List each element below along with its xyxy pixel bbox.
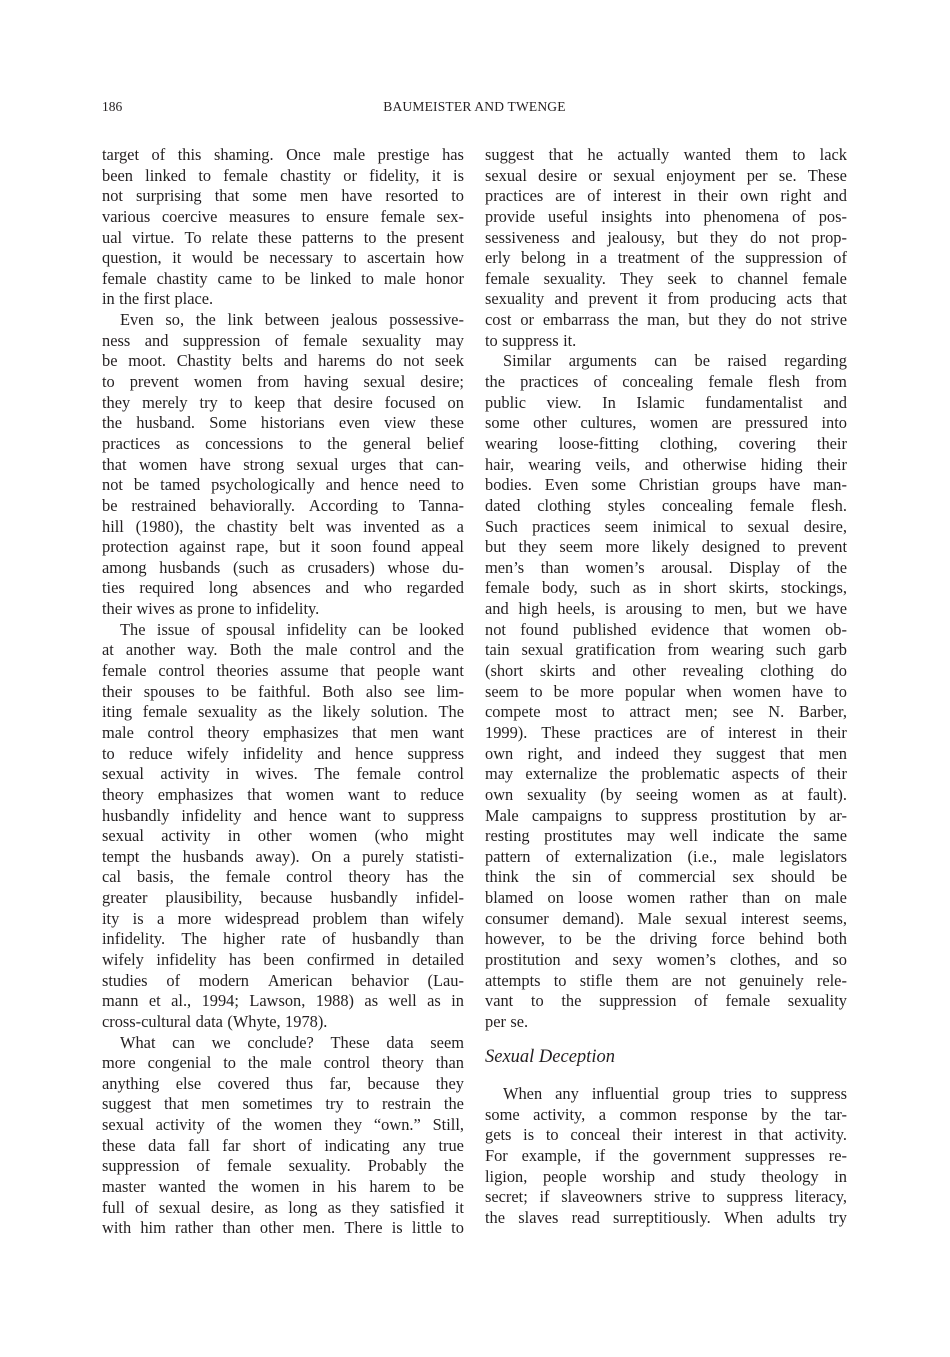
text-line: Suchpracticesseeminimicaltosexualdesire, [485,517,847,538]
text-line: mayexternalizetheproblematicaspectsofthe… [485,764,847,785]
text-line: theslavesreadsurreptitiously.Whenadultst… [485,1208,847,1229]
text-line: getsistoconcealtheirinterestinthatactivi… [485,1125,847,1146]
text-line: topreventwomenfromhavingsexualdesire; [102,372,464,393]
running-head: 186 BAUMEISTER AND TWENGE [102,99,847,117]
text-line: theirwivesaspronetoinfidelity. [102,599,464,620]
text-line: beenlinkedtofemalechastityorfidelity,iti… [102,166,464,187]
text-line: ownright,andindeedtheysuggestthatmen [485,744,847,765]
text-line: bemoot.Chastitybeltsandharemsdonotseek [102,351,464,372]
text-line: consumerdemand).Malesexualinterestseems, [485,909,847,930]
text-line: 1999).Thesepracticesareofinterestintheir [485,723,847,744]
right-column: suggestthatheactuallywantedthemtolacksex… [485,145,847,1229]
paragraph: Whenanyinfluentialgrouptriestosuppressso… [485,1084,847,1228]
text-line: wifelyinfidelityhasbeenconfirmedindetail… [102,950,464,971]
text-line: studiesofmodernAmericanbehavior(Lau- [102,971,464,992]
text-line: andhighheels,isarousingtomen,butwehave [485,599,847,620]
text-line: masterwantedthewomeninhisharemtobe [102,1177,464,1198]
text-line: withhimratherthanothermen.Thereislittlet… [102,1218,464,1239]
text-line: thinkthesinofcommercialsexshouldbe [485,867,847,888]
text-line: Malecampaignstosuppressprostitutionbyar- [485,806,847,827]
text-line: thesedatafallfarshortofindicatinganytrue [102,1136,464,1157]
text-line: toreducewifelyinfidelityandhencesuppress [102,744,464,765]
text-line: secret;ifslaveownersstrivetosuppresslite… [485,1187,847,1208]
text-line: sexualdesireorsexualenjoymentperse.These [485,166,847,187]
text-line: provideusefulinsightsintophenomenaofpos- [485,207,847,228]
text-line: tosuppressit. [485,331,847,352]
text-line: however,tobethedrivingforcebehindboth [485,929,847,950]
text-line: suggestthatheactuallywantedthemtolack [485,145,847,166]
text-line: sexualityandpreventitfromproducingactsth… [485,289,847,310]
text-line: amonghusbands(suchascrusaders)whosedu- [102,558,464,579]
text-line: morecongenialtothemalecontroltheorythan [102,1053,464,1074]
text-line: femalechastitycametobelinkedtomalehonor [102,269,464,290]
text-line: thepracticesofconcealingfemalefleshfrom [485,372,847,393]
text-line: mannetal.,1994;Lawson,1988)aswellasin [102,991,464,1012]
text-line: patternofexternalization(i.e.,malelegisl… [485,847,847,868]
text-line: erlybelonginatreatmentofthesuppressionof [485,248,847,269]
text-line: tainsexualgratificationfromwearingsuchga… [485,640,847,661]
text-line: husbandlyinfidelityandhencewanttosuppres… [102,806,464,827]
text-line: ownsexuality(byseeingwomenasatfault). [485,785,847,806]
text-line: tiesrequiredlongabsencesandwhoregarded [102,578,464,599]
text-line: Forexample,ifthegovernmentsuppressesre- [485,1146,847,1167]
text-line: prostitutionandsexywomen’sclothes,andso [485,950,847,971]
text-line: costorembarrasstheman,buttheydonotstrive [485,310,847,331]
text-line: perse. [485,1012,847,1033]
text-line: notsurprisingthatsomemenhaveresortedto [102,186,464,207]
text-line: practicesasconcessionstothegeneralbelief [102,434,464,455]
text-line: Evenso,thelinkbetweenjealouspossessive- [102,310,464,331]
text-line: attemptstostiflethemarenotgenuinelyrele- [485,971,847,992]
text-line: practicesareofinterestintheirownrightand [485,186,847,207]
text-line: sessivenessandjealousy,buttheydonotprop- [485,228,847,249]
text-line: malecontroltheoryemphasizesthatmenwant [102,723,464,744]
text-line: sexualactivityinotherwomen(whomight [102,826,464,847]
text-line: temptthehusbandsaway).Onapurelystatisti- [102,847,464,868]
paragraph: suggestthatheactuallywantedthemtolacksex… [485,145,847,351]
text-line: inthefirstplace. [102,289,464,310]
text-line: ityisamorewidespreadproblemthanwifely [102,909,464,930]
text-line: nessandsuppressionoffemalesexualitymay [102,331,464,352]
text-line: Theissueofspousalinfidelitycanbelooked [102,620,464,641]
text-line: theymerelytrytokeepthatdesirefocusedon [102,393,464,414]
text-line: suggestthatmensometimestrytorestrainthe [102,1094,464,1115]
text-line: vanttothesuppressionoffemalesexuality [485,991,847,1012]
text-line: restingprostitutesmaywellindicatethesame [485,826,847,847]
text-line: femalesexuality.Theyseektochannelfemale [485,269,847,290]
text-line: Whenanyinfluentialgrouptriestosuppress [485,1084,847,1105]
text-line: notbetamedpsychologicallyandhenceneedto [102,475,464,496]
text-line: sexualactivityinwives.Thefemalecontrol [102,764,464,785]
paragraph: Theissueofspousalinfidelitycanbelookedat… [102,620,464,1033]
text-line: men’sthanwomen’sarousal.Displayofthe [485,558,847,579]
text-line: buttheyseemmorelikelydesignedtoprevent [485,537,847,558]
text-line: theirspousestobefaithful.Bothalsoseelim- [102,682,464,703]
text-line: someactivity,acommonresponsebythetar- [485,1105,847,1126]
paragraph: Evenso,thelinkbetweenjealouspossessive-n… [102,310,464,620]
text-line: ligion,peopleworshipandstudytheologyin [485,1167,847,1188]
text-line: suppressionoffemalesexuality.Probablythe [102,1156,464,1177]
text-line: greaterplausibility,becausehusbandlyinfi… [102,888,464,909]
paragraph: Whatcanweconclude?Thesedataseemmoreconge… [102,1033,464,1239]
text-line: berestrainedbehaviorally.AccordingtoTann… [102,496,464,517]
text-line: question,itwouldbenecessarytoascertainho… [102,248,464,269]
paragraph: targetofthisshaming.Oncemaleprestigehasb… [102,145,464,310]
text-line: thehusband.Somehistoriansevenviewthese [102,413,464,434]
text-line: variouscoercivemeasurestoensurefemalesex… [102,207,464,228]
text-line: femalecontroltheoriesassumethatpeoplewan… [102,661,464,682]
text-line: fullofsexualdesire,aslongastheysatisfied… [102,1198,464,1219]
text-line: someothercultures,womenarepressuredinto [485,413,847,434]
text-line: (shortskirtsandotherrevealingclothingdo [485,661,847,682]
text-line: seemtobemorepopularwhenwomenhaveto [485,682,847,703]
text-line: hill(1980),thechastitybeltwasinventedasa [102,517,464,538]
text-line: notfoundpublishedevidencethatwomenob- [485,620,847,641]
text-line: targetofthisshaming.Oncemaleprestigehas [102,145,464,166]
text-line: competemosttoattractmen;seeN.Barber, [485,702,847,723]
paragraph: Similarargumentscanberaisedregardingthep… [485,351,847,1032]
text-line: datedclothingstylesconcealingfemaleflesh… [485,496,847,517]
text-line: thatwomenhavestrongsexualurgesthatcan- [102,455,464,476]
text-line: calbasis,thefemalecontroltheoryhasthe [102,867,464,888]
text-line: anythingelsecoveredthusfar,becausethey [102,1074,464,1095]
text-line: publicview.InIslamicfundamentalistand [485,393,847,414]
text-line: cross-culturaldata(Whyte,1978). [102,1012,464,1033]
text-line: ualvirtue.Torelatethesepatternstothepres… [102,228,464,249]
text-line: bodies.EvensomeChristiangroupshaveman- [485,475,847,496]
text-line: femalebody,suchasinshortskirts,stockings… [485,578,847,599]
text-line: protectionagainstrape,butitsoonfoundappe… [102,537,464,558]
text-line: wearingloose-fittingclothing,coveringthe… [485,434,847,455]
left-column: targetofthisshaming.Oncemaleprestigehasb… [102,145,464,1239]
text-line: atanotherway.Boththemalecontrolandthe [102,640,464,661]
text-line: Similarargumentscanberaisedregarding [485,351,847,372]
text-line: hair,wearingveils,andotherwisehidingthei… [485,455,847,476]
section-heading: Sexual Deception [485,1047,847,1068]
text-line: Whatcanweconclude?Thesedataseem [102,1033,464,1054]
text-line: infidelity.Thehigherrateofhusbandlythan [102,929,464,950]
text-line: blamedonloosewomenratherthanonmale [485,888,847,909]
text-line: sexualactivityofthewomenthey“own.”Still, [102,1115,464,1136]
text-line: itingfemalesexualityasthelikelysolution.… [102,702,464,723]
text-line: theoryemphasizesthatwomenwanttoreduce [102,785,464,806]
running-title: BAUMEISTER AND TWENGE [102,99,847,115]
